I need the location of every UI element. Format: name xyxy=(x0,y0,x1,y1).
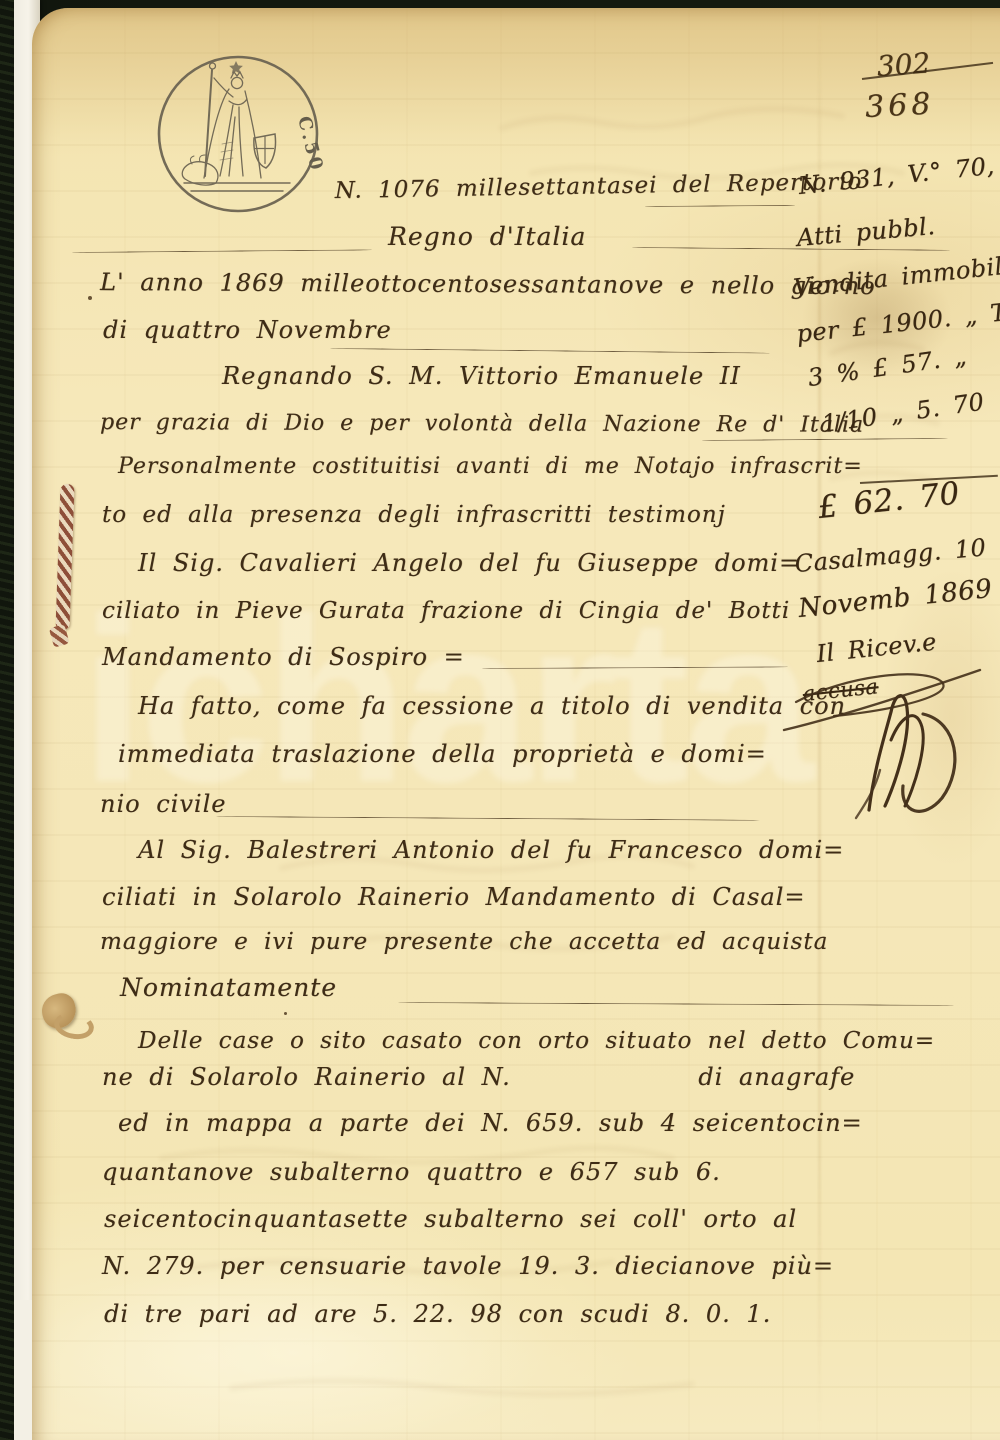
manuscript-line: ciliato in Pieve Gurata frazione di Cing… xyxy=(102,598,790,624)
manuscript-line: Personalmente costituitisi avanti di me … xyxy=(118,454,863,479)
manuscript-line: Delle case o sito casato con orto situat… xyxy=(138,1028,935,1054)
manuscript-line: nio civile xyxy=(100,790,226,818)
manuscript-line: seicentocinquantasette subalterno sei co… xyxy=(104,1205,797,1233)
manuscript-line: maggiore e ivi pure presente che accetta… xyxy=(100,929,828,955)
manuscript-line: Regnando S. M. Vittorio Emanuele II xyxy=(222,362,741,390)
manuscript-line: di quattro Novembre xyxy=(103,316,392,344)
manuscript-line: Il Sig. Cavalieri Angelo del fu Giuseppe… xyxy=(138,549,800,577)
manuscript-line: Nominatamente xyxy=(120,973,337,1002)
stamp-denomination: C.50 xyxy=(293,114,326,175)
manuscript-line: Mandamento di Sospiro = xyxy=(102,643,465,671)
manuscript-line: to ed alla presenza degli infrascritti t… xyxy=(102,502,726,528)
folio-number-crossed: 302 xyxy=(876,46,932,83)
manuscript-line: N. 279. per censuarie tavole 19. 3. diec… xyxy=(102,1252,834,1280)
manuscript-line: di tre pari ad are 5. 22. 98 con scudi 8… xyxy=(104,1300,771,1328)
manuscript-line: ciliati in Solarolo Rainerio Mandamento … xyxy=(102,883,805,911)
receiver-signature-flourish xyxy=(772,618,1000,833)
folio-number: 368 xyxy=(864,86,935,125)
ink-speck xyxy=(88,296,92,300)
revenue-stamp: C.50 xyxy=(148,52,326,218)
manuscript-line: ne di Solarolo Rainerio al N. di anagraf… xyxy=(102,1063,855,1091)
manuscript-line: quantanove subalterno quattro e 657 sub … xyxy=(102,1158,721,1186)
scanned-manuscript: icharta C.50 302 368 xyxy=(0,0,1000,1440)
manuscript-line: L' anno 1869 milleottocentosessantanove … xyxy=(100,268,876,300)
manuscript-line: immediata traslazione della proprietà e … xyxy=(118,740,767,768)
manuscript-line: Al Sig. Balestreri Antonio del fu France… xyxy=(138,836,844,864)
manuscript-line: ed in mappa a parte dei N. 659. sub 4 se… xyxy=(118,1109,863,1137)
ink-speck xyxy=(284,1012,287,1015)
star-icon xyxy=(229,61,243,74)
manuscript-line: Regno d'Italia xyxy=(388,222,586,251)
manuscript-line: per grazia di Dio e per volontà della Na… xyxy=(100,410,864,438)
manuscript-line: Ha fatto, come fa cessione a titolo di v… xyxy=(138,692,846,720)
